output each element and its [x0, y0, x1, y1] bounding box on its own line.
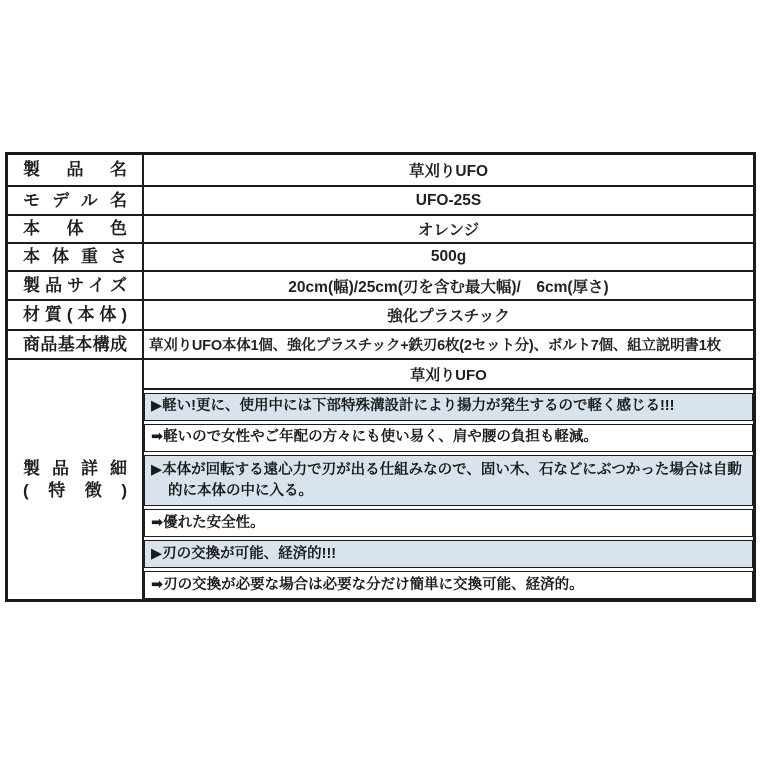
arrow-bullet-icon: ➡	[151, 515, 163, 531]
package-contents-label: 商品基本構成	[23, 334, 127, 355]
triangle-bullet-icon: ▶	[151, 546, 162, 562]
product-name-label-cell: 製品名	[8, 155, 144, 185]
model-name-label: モデル名	[23, 190, 127, 211]
body-weight-value: 500g	[144, 244, 753, 270]
row-body-color: 本体色 オレンジ	[8, 216, 753, 244]
product-details-label-line2: (特徴)	[23, 480, 127, 501]
feature-item-safety: ➡優れた安全性。	[144, 509, 753, 537]
model-name-label-cell: モデル名	[8, 187, 144, 214]
model-name-value: UFO-25S	[144, 187, 753, 214]
arrow-bullet-icon: ➡	[151, 429, 163, 445]
product-details-content: 草刈りUFO ▶軽い!更に、使用中には下部特殊溝設計により揚力が発生するので軽く…	[144, 360, 753, 599]
feature-text-wrap: ➡優れた安全性。	[151, 513, 746, 534]
row-product-name: 製品名 草刈りUFO	[8, 155, 753, 187]
product-details-label-cell: 製品詳細 (特徴)	[8, 360, 144, 599]
feature-text-wrap: ▶軽い!更に、使用中には下部特殊溝設計により揚力が発生するので軽く感じる!!!	[151, 396, 746, 417]
feature-item-retract-blade: ▶本体が回転する遠心力で刃が出る仕組みなので、固い木、石などにぶつかった場合は自…	[144, 455, 753, 507]
arrow-bullet-icon: ➡	[151, 577, 163, 593]
feature-text-wrap: ➡刃の交換が必要な場合は必要な分だけ簡単に交換可能、経済的。	[151, 575, 746, 596]
product-size-label-cell: 製品サイズ	[8, 272, 144, 299]
feature-text-wrap: ➡軽いので女性やご年配の方々にも使い易く、肩や腰の負担も軽減。	[151, 427, 746, 448]
feature-text: 優れた安全性。	[163, 515, 265, 531]
feature-text: 軽いので女性やご年配の方々にも使い易く、肩や腰の負担も軽減。	[163, 429, 598, 445]
feature-item-light: ▶軽い!更に、使用中には下部特殊溝設計により揚力が発生するので軽く感じる!!!	[144, 393, 753, 421]
body-color-label-cell: 本体色	[8, 216, 144, 242]
product-name-label: 製品名	[23, 159, 127, 180]
feature-text: 軽い!更に、使用中には下部特殊溝設計により揚力が発生するので軽く感じる!!!	[162, 398, 674, 414]
row-material: 材質(本体) 強化プラスチック	[8, 301, 753, 331]
row-package-contents: 商品基本構成 草刈りUFO本体1個、強化プラスチック+鉄刃6枚(2セット分)、ボ…	[8, 331, 753, 360]
product-name-value: 草刈りUFO	[144, 155, 753, 185]
body-weight-label-cell: 本体重さ	[8, 244, 144, 270]
feature-text: 刃の交換が必要な場合は必要な分だけ簡単に交換可能、経済的。	[163, 577, 584, 593]
row-product-details: 製品詳細 (特徴) 草刈りUFO ▶軽い!更に、使用中には下部特殊溝設計により揚…	[8, 360, 753, 599]
feature-item-easy-use: ➡軽いので女性やご年配の方々にも使い易く、肩や腰の負担も軽減。	[144, 424, 753, 452]
body-color-value: オレンジ	[144, 216, 753, 242]
body-color-label: 本体色	[23, 218, 127, 239]
row-body-weight: 本体重さ 500g	[8, 244, 753, 272]
triangle-bullet-icon: ▶	[151, 398, 162, 414]
feature-text-wrap: ▶刃の交換が可能、経済的!!!	[151, 544, 746, 565]
material-label-cell: 材質(本体)	[8, 301, 144, 329]
feature-text-wrap: ▶本体が回転する遠心力で刃が出る仕組みなので、固い木、石などにぶつかった場合は自…	[151, 460, 746, 502]
package-contents-value: 草刈りUFO本体1個、強化プラスチック+鉄刃6枚(2セット分)、ボルト7個、組立…	[144, 331, 753, 358]
product-spec-table: 製品名 草刈りUFO モデル名 UFO-25S 本体色 オレンジ 本体重さ 50…	[5, 152, 756, 602]
feature-text: 本体が回転する遠心力で刃が出る仕組みなので、固い木、石などにぶつかった場合は自動…	[162, 462, 742, 499]
triangle-bullet-icon: ▶	[151, 462, 162, 478]
row-model-name: モデル名 UFO-25S	[8, 187, 753, 216]
feature-item-economical: ➡刃の交換が必要な場合は必要な分だけ簡単に交換可能、経済的。	[144, 571, 753, 599]
detail-header: 草刈りUFO	[144, 360, 753, 390]
feature-text: 刃の交換が可能、経済的!!!	[162, 546, 336, 562]
row-product-size: 製品サイズ 20cm(幅)/25cm(刃を含む最大幅)/ 6cm(厚さ)	[8, 272, 753, 301]
product-size-label: 製品サイズ	[23, 275, 127, 296]
product-details-label-line1: 製品詳細	[23, 458, 127, 479]
material-label: 材質(本体)	[23, 304, 127, 325]
material-value: 強化プラスチック	[144, 301, 753, 329]
product-size-value: 20cm(幅)/25cm(刃を含む最大幅)/ 6cm(厚さ)	[144, 272, 753, 299]
package-contents-label-cell: 商品基本構成	[8, 331, 144, 358]
feature-item-replaceable: ▶刃の交換が可能、経済的!!!	[144, 540, 753, 568]
body-weight-label: 本体重さ	[23, 246, 127, 267]
